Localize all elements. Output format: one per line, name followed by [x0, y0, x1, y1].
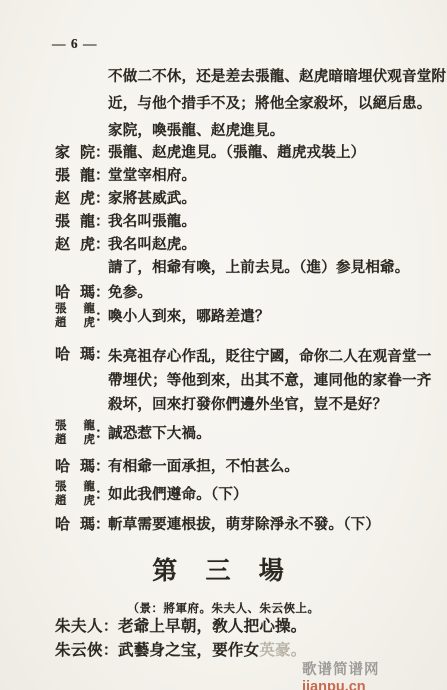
colon: ：	[95, 143, 108, 163]
speaker-char: 哈	[55, 515, 70, 535]
dialogue-text: 我名叫張龍。	[108, 212, 196, 232]
speaker-name: 張龍	[55, 420, 95, 434]
dialogue-row: 赵虎 ： 家將甚威武。	[55, 189, 196, 209]
watermark: 歌谱简谱网 jianpu.cn	[302, 658, 447, 690]
speaker-name: 趙虎	[55, 495, 95, 509]
dialogue-row: 朱云俠 ： 武藝身之宝，要作女英豪。	[55, 641, 306, 661]
speaker-char: 虎	[84, 317, 96, 331]
watermark-site-url[interactable]: jianpu.cn	[302, 679, 366, 690]
speaker-char: 張	[55, 303, 67, 317]
colon: ：	[103, 617, 118, 637]
colon: ：	[95, 307, 108, 327]
speaker-char: 虎	[84, 434, 96, 448]
continuation-paragraph: 不做二不休，还是差去張龍、赵虎暗暗埋伏观音堂附 近，与他个措手不及；將他全家殺坏…	[108, 64, 446, 145]
dialogue-text: 喚小人到來，哪路差遣？	[108, 307, 270, 327]
speaker-char: 張	[55, 212, 70, 232]
dialogue-text: 有相爺一面承担，不怕甚么。	[108, 457, 299, 477]
dialogue-text: 我名叫赵虎。	[108, 235, 196, 255]
dialogue-row: 哈瑪 ： 斬草需要連根拔，萌芽除淨永不發。（下）	[55, 515, 380, 535]
speaker-char: 瑪	[80, 515, 95, 535]
speaker-char: 龍	[80, 212, 95, 232]
dialogue-row: 張龍 ： 我名叫張龍。	[55, 212, 196, 232]
dialogue-row: 家院 ： 張龍、赵虎進見。（張龍、趙虎戎裝上）	[55, 143, 365, 163]
dialogue-row: 朱夫人 ： 老爺上早朝，敎人把心操。	[55, 617, 306, 637]
paragraph-line: 家院，喚張龍、赵虎進見。	[108, 118, 446, 145]
dialogue-text-line: 朱亮祖存心作乱，貶往宁國，命你二人在观音堂一	[108, 345, 431, 369]
dialogue-row: 張龍 ： 堂堂宰相府。	[55, 166, 196, 186]
speaker-name: 朱夫人	[55, 617, 103, 637]
speaker-name: 張龍	[55, 166, 95, 186]
speaker-char: 趙	[55, 434, 67, 448]
speaker-name: 赵虎	[55, 235, 95, 255]
speaker-name: 哈瑪	[55, 283, 95, 303]
paragraph-line: 近，与他个措手不及；將他全家殺坏，以絕后患。	[108, 91, 446, 118]
speaker-char: 龍	[80, 166, 95, 186]
speaker-name: 朱云俠	[55, 641, 103, 661]
dialogue-text: 張龍、赵虎進見。（張龍、趙虎戎裝上）	[108, 143, 365, 163]
dialogue-text: 斬草需要連根拔，萌芽除淨永不發。（下）	[108, 515, 380, 535]
dialogue-text: 如此我們遵命。（下）	[108, 485, 248, 505]
colon: ：	[95, 424, 108, 444]
dialogue-continuation-row: 請了，相爺有喚，上前去見。（進）参見相爺。	[108, 258, 409, 278]
speaker-name: 張龍	[55, 481, 95, 495]
dialogue-row: 哈瑪 ： 朱亮祖存心作乱，貶往宁國，命你二人在观音堂一 帶埋伏；等他到來，出其不…	[55, 345, 431, 417]
speaker-name: 張龍	[55, 303, 95, 317]
speaker-char: 張	[55, 481, 67, 495]
speaker-char: 哈	[55, 457, 70, 477]
dialogue-text: 請了，相爺有喚，上前去見。（進）参見相爺。	[108, 258, 409, 278]
dialogue-text-normal: 武藝身之宝，要作女	[118, 642, 259, 659]
dialogue-text: 堂堂宰相府。	[108, 166, 196, 186]
colon: ：	[95, 212, 108, 232]
speaker-name: 赵虎	[55, 189, 95, 209]
speaker-char: 虎	[80, 189, 95, 209]
dialogue-row: 赵虎 ： 我名叫赵虎。	[55, 235, 196, 255]
speaker-name: 趙虎	[55, 317, 95, 331]
colon: ：	[95, 189, 108, 209]
speaker-char: 哈	[55, 283, 70, 303]
dialogue-text: 武藝身之宝，要作女英豪。	[118, 641, 306, 661]
colon: ：	[95, 235, 108, 255]
speaker-name: 哈瑪	[55, 345, 95, 365]
colon: ：	[95, 283, 108, 303]
speaker-char: 赵	[55, 189, 70, 209]
dialogue-text: 家將甚威武。	[108, 189, 196, 209]
colon: ：	[95, 457, 108, 477]
speaker-name: 哈瑪	[55, 457, 95, 477]
speaker-char: 瑪	[80, 283, 95, 303]
speaker-char: 張	[55, 166, 70, 186]
speaker-char: 瑪	[80, 457, 95, 477]
dialogue-text-line: 帶埋伏；等他到來，出其不意，連同他的家眷一齐	[108, 369, 431, 393]
speaker-name: 哈瑪	[55, 515, 95, 535]
colon: ：	[95, 485, 108, 505]
dialogue-text: 朱亮祖存心作乱，貶往宁國，命你二人在观音堂一 帶埋伏；等他到來，出其不意，連同他…	[108, 345, 431, 417]
dialogue-row-dual-speaker: 張龍 趙虎 ： 如此我們遵命。（下）	[55, 481, 248, 508]
speaker-char: 龍	[84, 420, 96, 434]
speaker-char: 虎	[80, 235, 95, 255]
paragraph-line: 不做二不休，还是差去張龍、赵虎暗暗埋伏观音堂附	[108, 64, 446, 91]
colon: ：	[95, 166, 108, 186]
dual-speaker-names: 張龍 趙虎	[55, 481, 95, 508]
colon: ：	[103, 641, 118, 661]
dialogue-text-faded: 英豪。	[259, 642, 306, 659]
dialogue-row: 哈瑪 ： 有相爺一面承担，不怕甚么。	[55, 457, 299, 477]
colon: ：	[95, 515, 108, 535]
speaker-char: 龍	[84, 303, 96, 317]
speaker-char: 趙	[55, 317, 67, 331]
scene-heading: 第 三 場	[0, 551, 447, 587]
speaker-char: 院	[80, 143, 95, 163]
dialogue-row-dual-speaker: 張龍 趙虎 ： 誠恐惹下大禍。	[55, 420, 211, 447]
speaker-name: 趙虎	[55, 434, 95, 448]
colon: ：	[95, 345, 108, 365]
speaker-char: 龍	[84, 481, 96, 495]
dual-speaker-names: 張龍 趙虎	[55, 420, 95, 447]
speaker-char: 赵	[55, 235, 70, 255]
speaker-char: 虎	[84, 495, 96, 509]
dialogue-text: 免参。	[108, 283, 152, 303]
speaker-char: 家	[55, 143, 70, 163]
speaker-char: 趙	[55, 495, 67, 509]
watermark-site-name: 歌谱简谱网	[302, 662, 380, 678]
speaker-name: 張龍	[55, 212, 95, 232]
speaker-char: 瑪	[80, 345, 95, 365]
scanned-script-page: — 6 — 不做二不休，还是差去張龍、赵虎暗暗埋伏观音堂附 近，与他个措手不及；…	[0, 0, 447, 690]
page-number: — 6 —	[52, 36, 98, 52]
speaker-char: 張	[55, 420, 67, 434]
dialogue-text: 誠恐惹下大禍。	[108, 424, 211, 444]
stage-direction: （景：將軍府。朱夫人、朱云俠上。	[0, 600, 447, 616]
dual-speaker-names: 張龍 趙虎	[55, 303, 95, 330]
dialogue-row: 哈瑪 ： 免参。	[55, 283, 152, 303]
speaker-name: 家院	[55, 143, 95, 163]
speaker-char: 哈	[55, 345, 70, 365]
dialogue-text-line: 殺坏，回來打發你們邊外坐官，豈不是好？	[108, 393, 431, 417]
dialogue-text: 老爺上早朝，敎人把心操。	[118, 617, 306, 637]
dialogue-row-dual-speaker: 張龍 趙虎 ： 喚小人到來，哪路差遣？	[55, 303, 270, 330]
